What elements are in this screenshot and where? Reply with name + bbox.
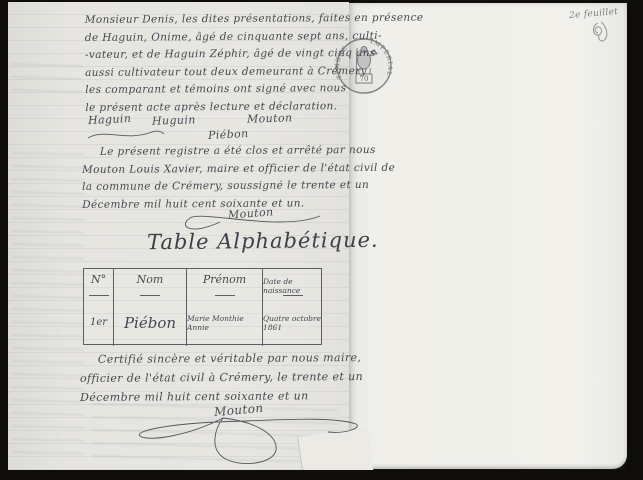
- signature-mouton-row: Mouton: [247, 111, 293, 126]
- scan-border-left: [0, 0, 8, 480]
- signature-haguin: Haguin: [88, 112, 132, 127]
- register-closure-paragraph: Le présent registre a été clos et arrêté…: [82, 142, 358, 214]
- table-header-number: N°: [84, 269, 114, 299]
- ink-bleedthrough-left-margin: [12, 152, 84, 462]
- table-header-prenom: Prénom: [187, 269, 263, 299]
- text-line: les comparant et témoins ont signé avec …: [85, 80, 357, 99]
- header-dash: [283, 295, 303, 296]
- text-line: Mouton Louis Xavier, maire et officier d…: [82, 160, 358, 179]
- scanned-register-spread: 2e feuillet TIMBRE IMPÉRIAL 70 Monsieur …: [0, 0, 643, 480]
- text-line: Monsieur Denis, les dites présentations,…: [85, 10, 357, 29]
- text-line: officier de l'état civil à Crémery, le t…: [80, 367, 360, 388]
- header-label: Nom: [137, 273, 164, 286]
- scan-border-top: [0, 0, 643, 2]
- header-label: Prénom: [203, 273, 246, 286]
- scan-border-bottom: [0, 470, 643, 480]
- text-line: Le présent registre a été clos et arrêté…: [82, 142, 358, 161]
- text-line: Certifié sincère et véritable par nous m…: [80, 348, 360, 369]
- alphabetical-table: N° Nom Prénom Date de naissance 1er Piéb…: [83, 268, 322, 345]
- header-label: N°: [91, 273, 106, 286]
- table-header-date-naissance: Date de naissance: [263, 269, 323, 299]
- signature-huguin: Huguin: [152, 113, 196, 128]
- text-line: Décembre mil huit cent soixante et un.: [82, 195, 358, 214]
- header-label: Date de naissance: [263, 277, 323, 295]
- signature-piebon: Piébon: [208, 127, 249, 142]
- header-dash: [215, 295, 235, 296]
- text-line: la commune de Crémery, soussigné le tren…: [82, 177, 358, 196]
- table-cell-nom: Piébon: [114, 299, 187, 346]
- closing-act-paragraph: Monsieur Denis, les dites présentations,…: [85, 10, 358, 117]
- certification-paragraph: Certifié sincère et véritable par nous m…: [80, 348, 360, 407]
- scan-border-right: [627, 0, 643, 480]
- text-line: de Haguin, Onime, âgé de cinquante sept …: [85, 28, 357, 47]
- ink-bleedthrough-top-left: [12, 60, 82, 100]
- table-cell-date: Quatre octobre 1861: [263, 299, 323, 346]
- table-cell-number: 1er: [84, 299, 114, 346]
- header-dash: [89, 295, 109, 296]
- text-line: aussi cultivateur tout deux demeurant à …: [85, 63, 357, 82]
- table-header-nom: Nom: [114, 269, 187, 299]
- table-cell-prenom: Marie Monthie Annie: [187, 299, 263, 346]
- header-dash: [140, 295, 160, 296]
- table-title: Table Alphabétique.: [147, 228, 379, 254]
- text-line: -vateur, et de Haguin Zéphir, âgé de vin…: [85, 45, 357, 64]
